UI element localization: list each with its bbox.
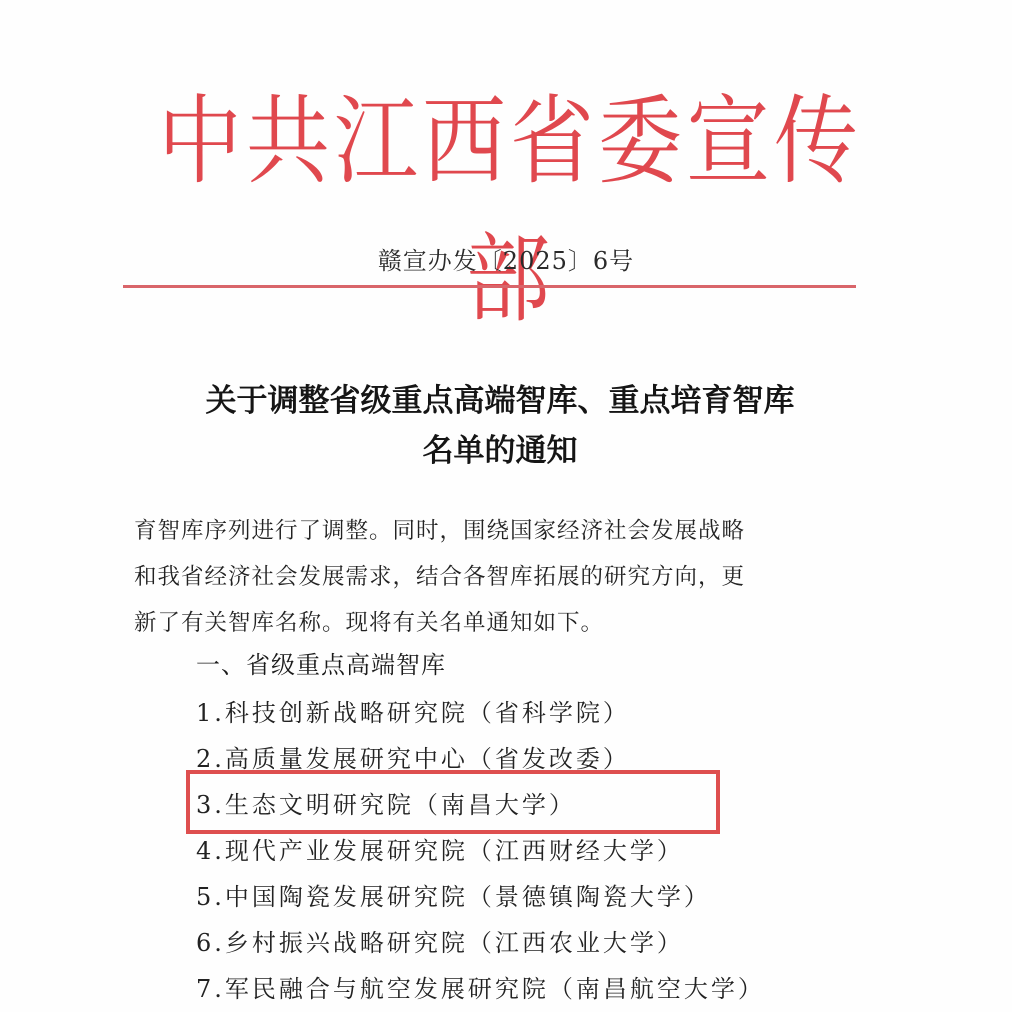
- body-paragraph: 育智库序列进行了调整。同时，围绕国家经济社会发展战略 和我省经济社会发展需求，结…: [134, 508, 874, 646]
- item-name: 高质量发展研究中心: [225, 745, 468, 773]
- document-number: 赣宣办发〔2025〕6号: [0, 245, 1012, 277]
- list-item: 7.军民融合与航空发展研究院（南昌航空大学）: [196, 966, 765, 1012]
- item-org: （南昌航空大学）: [549, 975, 765, 1003]
- item-number: 4.: [196, 837, 225, 865]
- item-name: 乡村振兴战略研究院: [225, 929, 468, 957]
- list-item-highlighted: 3.生态文明研究院（南昌大学）: [196, 782, 765, 828]
- item-org: （江西财经大学）: [468, 837, 684, 865]
- section-heading: 一、省级重点高端智库: [196, 645, 446, 685]
- item-org: （省发改委）: [468, 745, 630, 773]
- item-name: 军民融合与航空发展研究院: [225, 975, 549, 1003]
- body-line: 和我省经济社会发展需求，结合各智库拓展的研究方向，更: [134, 554, 874, 600]
- body-line: 育智库序列进行了调整。同时，围绕国家经济社会发展战略: [134, 508, 874, 554]
- body-line: 新了有关智库名称。现将有关名单通知如下。: [134, 600, 874, 646]
- title-line-1: 关于调整省级重点高端智库、重点培育智库: [100, 376, 900, 426]
- red-separator-rule: [123, 285, 856, 288]
- item-number: 7.: [196, 975, 225, 1003]
- list-item: 6.乡村振兴战略研究院（江西农业大学）: [196, 920, 765, 966]
- item-name: 生态文明研究院: [225, 791, 414, 819]
- document-title: 关于调整省级重点高端智库、重点培育智库 名单的通知: [100, 376, 900, 476]
- item-name: 现代产业发展研究院: [225, 837, 468, 865]
- issuer-masthead: 中共江西省委宣传部: [150, 72, 870, 348]
- list-item: 5.中国陶瓷发展研究院（景德镇陶瓷大学）: [196, 874, 765, 920]
- item-org: （景德镇陶瓷大学）: [468, 883, 711, 911]
- item-org: （省科学院）: [468, 699, 630, 727]
- item-number: 3.: [196, 791, 225, 819]
- title-line-2: 名单的通知: [100, 426, 900, 476]
- list-item: 2.高质量发展研究中心（省发改委）: [196, 736, 765, 782]
- list-item: 1.科技创新战略研究院（省科学院）: [196, 690, 765, 736]
- item-number: 5.: [196, 883, 225, 911]
- item-number: 2.: [196, 745, 225, 773]
- item-name: 中国陶瓷发展研究院: [225, 883, 468, 911]
- item-number: 6.: [196, 929, 225, 957]
- item-org: （江西农业大学）: [468, 929, 684, 957]
- think-tank-list: 1.科技创新战略研究院（省科学院） 2.高质量发展研究中心（省发改委） 3.生态…: [196, 690, 765, 1012]
- item-number: 1.: [196, 699, 225, 727]
- list-item: 4.现代产业发展研究院（江西财经大学）: [196, 828, 765, 874]
- item-org: （南昌大学）: [414, 791, 576, 819]
- item-name: 科技创新战略研究院: [225, 699, 468, 727]
- document-page: 中共江西省委宣传部 赣宣办发〔2025〕6号 关于调整省级重点高端智库、重点培育…: [0, 0, 1012, 1012]
